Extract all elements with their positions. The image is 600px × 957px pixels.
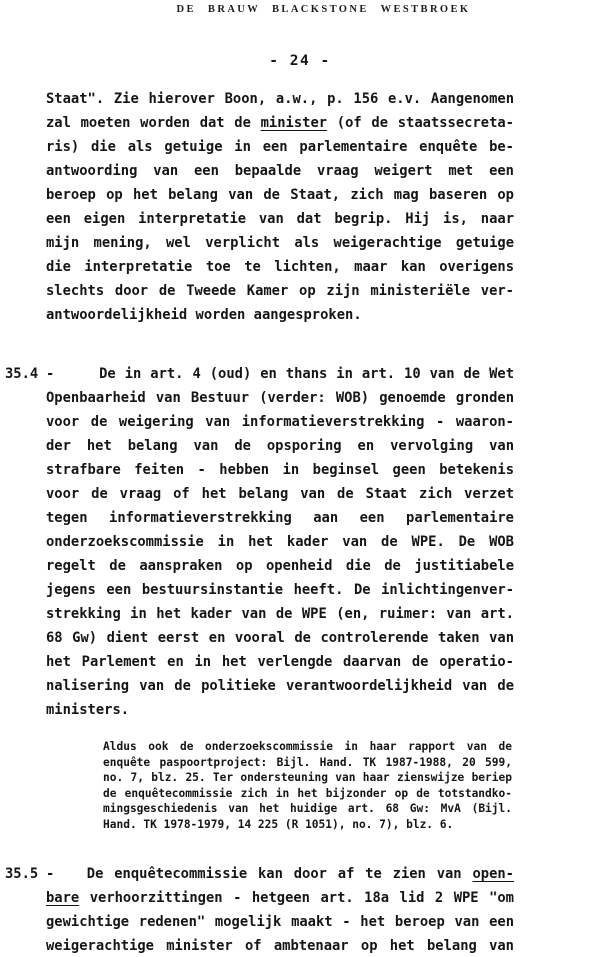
text-line: - De enquêtecommissie kan door af te zie…	[46, 862, 514, 886]
text-line: Staat". Zie hierover Boon, a.w., p. 156 …	[46, 87, 514, 111]
text-line: regelt de aanspraken op openheid die de …	[46, 554, 514, 578]
text-line: onderzoekscommissie in het kader van de …	[46, 530, 514, 554]
text-line: - De in art. 4 (oud) en thans in art. 10…	[46, 362, 514, 386]
text-line: tegen informatieverstrekking aan een par…	[46, 506, 514, 530]
text-line: een eigen interpretatie van dat begrip. …	[46, 207, 514, 231]
text-line: Openbaarheid van Bestuur (verder: WOB) g…	[46, 386, 514, 410]
text-line: der het belang van de opsporing en vervo…	[46, 434, 514, 458]
text-line: weigerachtige minister of ambtenaar op h…	[46, 934, 514, 957]
text-line: Hand. TK 1978-1979, 14 225 (R 1051), no.…	[103, 817, 512, 833]
letterhead-title: DE BRAUW BLACKSTONE WESTBROEK	[0, 4, 600, 15]
paragraph-continuation: Staat". Zie hierover Boon, a.w., p. 156 …	[46, 87, 514, 327]
text-line: mingsgeschiedenis van het huidige art. 6…	[103, 801, 512, 817]
text-line: antwoordelijkheid worden aangesproken.	[46, 303, 514, 327]
paragraph-35-5-text: - De enquêtecommissie kan door af te zie…	[46, 862, 514, 957]
text-line: de enquêtecommissie zich in het bijzonde…	[103, 786, 512, 802]
text-line: jegens een bestuursinstantie heeft. De i…	[46, 578, 514, 602]
paragraph-number-35-4: 35.4	[5, 362, 38, 386]
text-line: nalisering van de politieke verantwoorde…	[46, 674, 514, 698]
paragraph-35-4-text: - De in art. 4 (oud) en thans in art. 10…	[46, 362, 514, 722]
text-line: strekking in het kader van de WPE (en, r…	[46, 602, 514, 626]
text-line: die interpretatie toe te lichten, maar k…	[46, 255, 514, 279]
page-number: - 24 -	[0, 53, 600, 69]
paragraph-35-4: 35.4 - De in art. 4 (oud) en thans in ar…	[46, 362, 514, 722]
text-line: ministers.	[46, 698, 514, 722]
text-line: Aldus ook de onderzoekscommissie in haar…	[103, 739, 512, 755]
text-line: zal moeten worden dat de minister (of de…	[46, 111, 514, 135]
text-line: slechts door de Tweede Kamer op zijn min…	[46, 279, 514, 303]
text-line: strafbare feiten - hebben in beginsel ge…	[46, 458, 514, 482]
text-line: antwoording van een bepaalde vraag weige…	[46, 159, 514, 183]
text-line: 68 Gw) dient eerst en vooral de controle…	[46, 626, 514, 650]
paragraph-number-35-5: 35.5	[5, 862, 38, 886]
text-line: enquête paspoortproject: Bijl. Hand. TK …	[103, 755, 512, 771]
text-line: bare verhoorzittingen - hetgeen art. 18a…	[46, 886, 514, 910]
text-line: voor de weigering van informatieverstrek…	[46, 410, 514, 434]
text-line: mijn mening, wel verplicht als weigerach…	[46, 231, 514, 255]
document-body: Staat". Zie hierover Boon, a.w., p. 156 …	[46, 87, 514, 957]
text-line: beroep op het belang van de Staat, zich …	[46, 183, 514, 207]
text-line: no. 7, blz. 25. Ter ondersteuning van ha…	[103, 770, 512, 786]
text-line: het Parlement en in het verlengde daarva…	[46, 650, 514, 674]
paragraph-35-5: 35.5 - De enquêtecommissie kan door af t…	[46, 862, 514, 957]
document-page: DE BRAUW BLACKSTONE WESTBROEK - 24 - Sta…	[0, 0, 600, 957]
text-line: ris) die als getuige in een parlementair…	[46, 135, 514, 159]
text-line: gewichtige redenen" mogelijk maakt - het…	[46, 910, 514, 934]
text-line: voor de vraag of het belang van de Staat…	[46, 482, 514, 506]
footnote-block: Aldus ook de onderzoekscommissie in haar…	[103, 739, 512, 832]
